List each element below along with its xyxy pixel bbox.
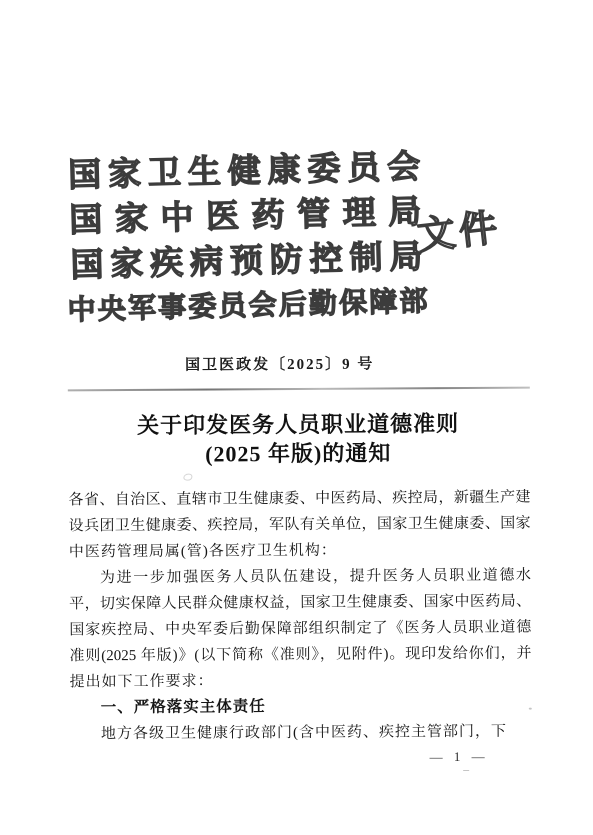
document-title: 关于印发医务人员职业道德准则 (2025 年版)的通知 (48, 408, 548, 469)
scan-artifact (529, 708, 532, 710)
letterhead: 国家卫生健康委员会 国家中医药管理局 国家疾病预防控制局 中央军事委员会后勤保障… (68, 142, 424, 331)
document-title-line-1: 关于印发医务人员职业道德准则 (48, 408, 548, 440)
body-line: 准则(2025 年版)》(以下简称《准则》，见附件)。现印发给你们，并 (69, 641, 531, 670)
scanned-document-page: 国家卫生健康委员会 国家中医药管理局 国家疾病预防控制局 中央军事委员会后勤保障… (0, 0, 593, 835)
document-title-line-2: (2025 年版)的通知 (48, 437, 548, 469)
document-number: 国卫医政发〔2025〕9 号 (0, 351, 560, 375)
body-line: 平，切实保障人民群众健康权益，国家卫生健康委、国家中医药局、 (69, 589, 531, 618)
body-line: 各省、自治区、直辖市卫生健康委、中医药局、疾控局，新疆生产建 (68, 485, 530, 514)
body-line: 为进一步加强医务人员队伍建设，提升医务人员职业道德水 (69, 563, 531, 592)
scan-artifact (183, 474, 192, 481)
body-line: 设兵团卫生健康委、疾控局，军队有关单位，国家卫生健康委、国家 (69, 511, 531, 540)
letterhead-agency-3: 国家疾病预防控制局 (70, 231, 423, 285)
body-line: 中医药管理局属(管)各医疗卫生机构： (69, 537, 531, 566)
document-content: 国家卫生健康委员会 国家中医药管理局 国家疾病预防控制局 中央军事委员会后勤保障… (0, 0, 593, 835)
body-line: 地方各级卫生健康行政部门(含中医药、疾控主管部门，下 (70, 719, 532, 748)
body-line: 国家疾控局、中央军委后勤保障部组织制定了《医务人员职业道德 (69, 615, 531, 644)
body-line: 提出如下工作要求： (70, 667, 532, 696)
scan-artifact (463, 770, 469, 771)
separator-line (68, 387, 530, 392)
section-heading: 一、严格落实主体责任 (70, 693, 532, 722)
document-body: 各省、自治区、直辖市卫生健康委、中医药局、疾控局，新疆生产建 设兵团卫生健康委、… (68, 485, 532, 748)
page-number: — 1 — (414, 749, 504, 766)
letterhead-document-label: 文件 (414, 196, 504, 260)
